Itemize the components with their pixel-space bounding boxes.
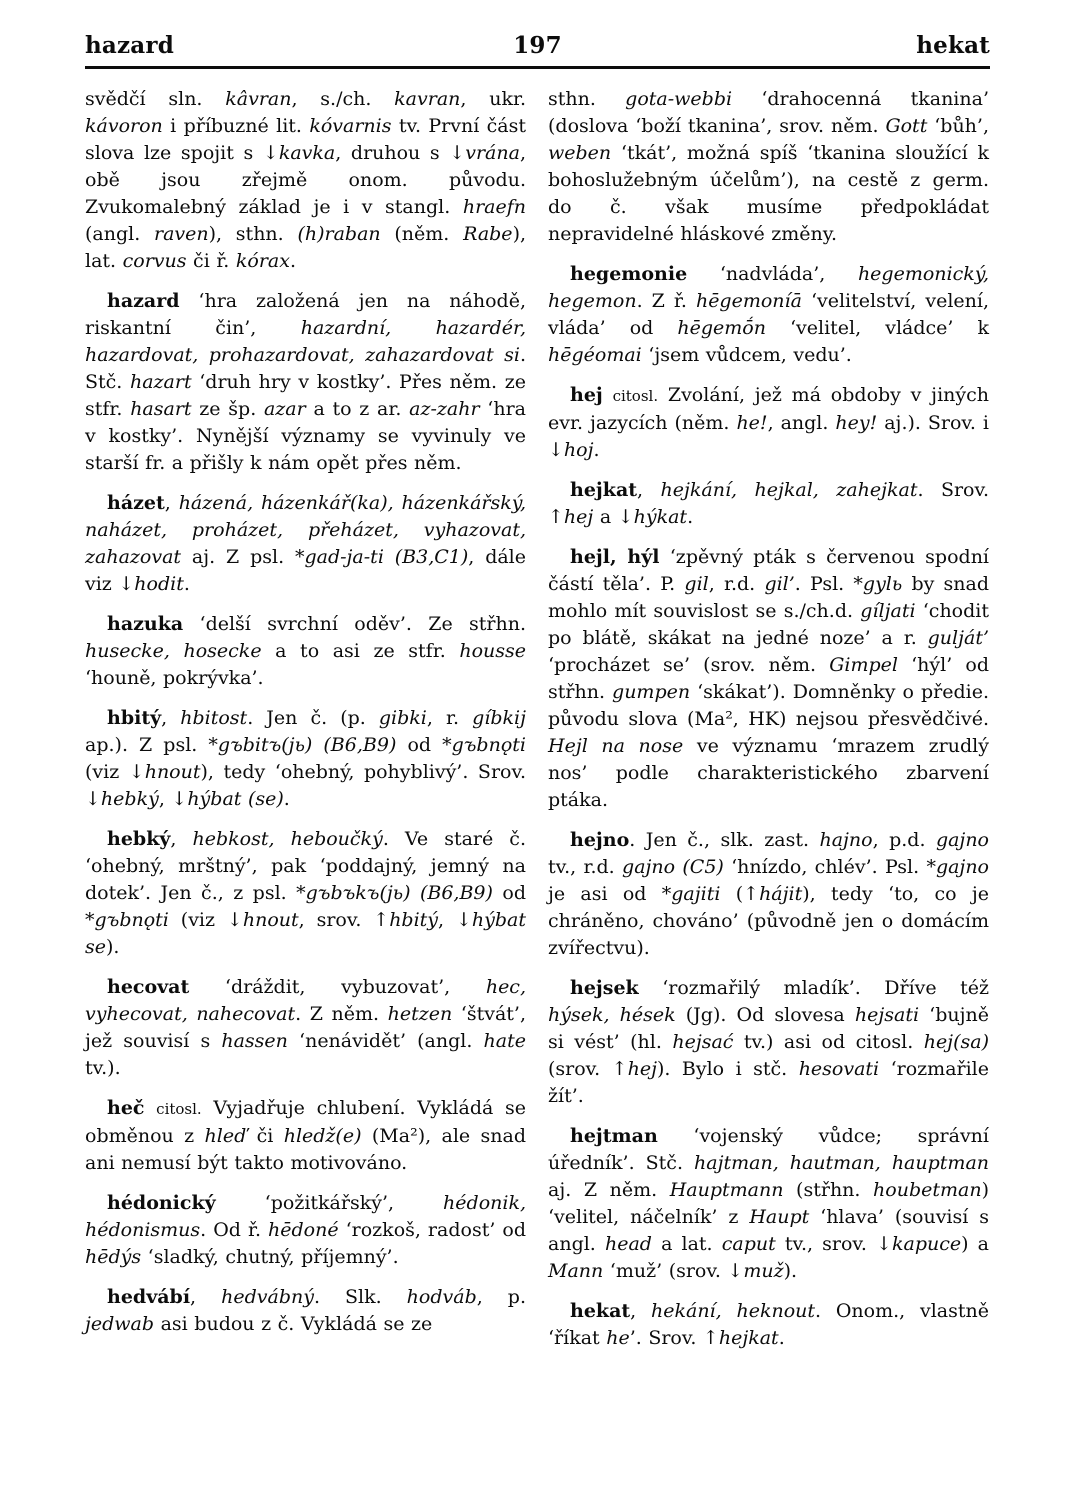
header-rule (85, 66, 990, 69)
text-run: tv.) asi od citosl. (733, 1031, 923, 1053)
italic-term: gil’ (764, 573, 794, 595)
text-run: tv., r.d. (548, 856, 622, 878)
headword: házet (107, 492, 165, 514)
text-run: . (284, 788, 290, 810)
italic-term: he (606, 1327, 629, 1349)
text-run: (angl. (85, 223, 154, 245)
italic-term: Gimpel (829, 654, 898, 676)
italic-term: Hauptmann (670, 1179, 784, 1201)
headword: hbitý (107, 707, 161, 729)
dictionary-entry: hedvábí, hedvábný. Slk. hodváb, p. jedwa… (85, 1284, 526, 1338)
italic-term: hajno (819, 829, 872, 851)
italic-term: hēgemoníā (696, 290, 802, 312)
text-run: ‘houně, pokrývka’. (85, 667, 264, 689)
italic-term: gil (684, 573, 708, 595)
text-run: , r. (427, 707, 472, 729)
text-run: ‘jsem vůdcem, vedu’. (642, 344, 852, 366)
italic-term: hedvábný (221, 1286, 314, 1308)
italic-term: kapuce (892, 1233, 961, 1255)
page-number: 197 (387, 32, 689, 59)
text-run: a to z ar. (306, 398, 409, 420)
text-run: sthn. (548, 88, 625, 110)
text-run: . Psl. (795, 573, 854, 595)
dictionary-entry: hazard ‘hra založená jen na náhodě, risk… (85, 288, 526, 477)
text-run: (viz ↓ (169, 909, 243, 931)
headword: hegemonie (570, 263, 687, 285)
continuation-paragraph: svědčí sln. kâvran, s./ch. kavran, ukr. … (85, 86, 526, 275)
text-run: ‘tkát’, možná spíš ‘tkanina sloužící k b… (548, 142, 989, 245)
italic-term: hejsati (855, 1004, 919, 1026)
italic-term: kóvarnis (309, 115, 391, 137)
text-run: ‘nadvláda’, (687, 263, 858, 285)
italic-term: kórax (236, 250, 290, 272)
dictionary-entry: hejl, hýl ‘zpěvný pták s červenou spodní… (548, 544, 989, 814)
text-run: (↑ (720, 883, 759, 905)
italic-term: hekání, heknout (651, 1300, 815, 1322)
text-run: ‘hnízdo, chlév’. Psl. (724, 856, 927, 878)
text-run: , (630, 1300, 651, 1322)
text-run: , p.d. (873, 829, 936, 851)
italic-term: he! (736, 412, 767, 434)
italic-term: az-zahr (409, 398, 479, 420)
text-run: ‘procházet se’ (srov. něm. (548, 654, 829, 676)
italic-term: houbetman (873, 1179, 982, 1201)
italic-term: housse (459, 640, 526, 662)
text-run: , (190, 1286, 221, 1308)
italic-term: hetzen (388, 1003, 453, 1025)
headword: heč (107, 1097, 144, 1119)
running-head-right-keyword: hekat (688, 32, 990, 59)
text-run: . (779, 1327, 785, 1349)
text-columns: svědčí sln. kâvran, s./ch. kavran, ukr. … (85, 86, 990, 1352)
text-run: ‘rozmařilý mladík’. Dříve též (639, 977, 989, 999)
italic-term: caput (722, 1233, 776, 1255)
text-run: a ↓ (593, 506, 633, 528)
text-run: od (493, 882, 526, 904)
text-run: či ř. (187, 250, 236, 272)
text-run: od (396, 734, 442, 756)
italic-term: husecke, hosecke (85, 640, 262, 662)
abbrev-label: citosl. (613, 387, 659, 405)
text-run: (viz ↓ (85, 761, 145, 783)
italic-term: hraefn (463, 196, 526, 218)
text-run: ). Bylo i stč. (657, 1058, 799, 1080)
text-run: (Jg). Od slovesa (676, 1004, 855, 1026)
italic-term: hebkost, heboučký (193, 828, 383, 850)
text-run: ‘bůh’, (927, 115, 989, 137)
italic-term: gajno (936, 829, 989, 851)
dictionary-entry: hédonický ‘požitkářský’, hédonik, hédoni… (85, 1190, 526, 1271)
text-run: ‘muž’ (srov. ↓ (603, 1260, 743, 1282)
text-run: ), sthn. (209, 223, 298, 245)
text-run: ‘nenávidět’ (angl. (288, 1030, 484, 1052)
italic-term: corvus (123, 250, 187, 272)
italic-term: *gъbnǫti (85, 909, 169, 931)
dictionary-entry: hazuka ‘delší svrchní oděv’. Ze střhn. h… (85, 611, 526, 692)
text-run: , s./ch. (291, 88, 394, 110)
italic-term: *gad-ja-ti (B3,C1) (295, 546, 468, 568)
text-run (144, 1097, 156, 1119)
italic-term: hodit (134, 573, 184, 595)
headword: hédonický (107, 1192, 216, 1214)
italic-term: gajno (C5) (622, 856, 724, 878)
left-column: svědčí sln. kâvran, s./ch. kavran, ukr. … (85, 86, 526, 1352)
headword: hebký (107, 828, 170, 850)
italic-term: hey! (835, 412, 877, 434)
italic-term: azar (264, 398, 306, 420)
italic-term: hēgemṓn (677, 317, 766, 339)
italic-term: *gъbnǫti (442, 734, 526, 756)
italic-term: *gajno (926, 856, 989, 878)
italic-term: gumpen (612, 681, 690, 703)
italic-term: muž (743, 1260, 783, 1282)
text-run: ) a (961, 1233, 989, 1255)
italic-term: head (605, 1233, 652, 1255)
italic-term: *gylь (853, 573, 902, 595)
italic-term: hájit (759, 883, 802, 905)
text-run: je asi od (548, 883, 662, 905)
text-run: asi budou z č. Vykládá se ze (154, 1313, 432, 1335)
italic-term: hassen (221, 1030, 288, 1052)
text-run: (srov. ↑ (548, 1058, 628, 1080)
italic-term: kâvran (225, 88, 291, 110)
text-run: svědčí sln. (85, 88, 225, 110)
italic-term: hajtman, hautman, hauptman (694, 1152, 989, 1174)
italic-term: (h)raban (297, 223, 380, 245)
text-run: aj. Z psl. (181, 546, 295, 568)
italic-term: hesovati (799, 1058, 879, 1080)
italic-term: hej (628, 1058, 657, 1080)
italic-term: jedwab (85, 1313, 154, 1335)
italic-term: hbitý (389, 909, 438, 931)
italic-term: hate (484, 1030, 526, 1052)
headword: hazuka (107, 613, 183, 635)
text-run: tv.). (85, 1057, 121, 1079)
italic-term: hejkání, hejkal, zahejkat (661, 479, 918, 501)
text-run: ‘velitel, vládce’ k (766, 317, 989, 339)
text-run: ). (784, 1260, 797, 1282)
text-run: , ukr. (460, 88, 526, 110)
italic-term: hbitost (180, 707, 247, 729)
headword: hejsek (570, 977, 639, 999)
text-run: , (637, 479, 660, 501)
text-run (603, 384, 613, 406)
italic-term: hej(sa) (924, 1031, 989, 1053)
italic-term: vrána (465, 142, 520, 164)
text-run: , (170, 828, 192, 850)
text-run: . Z ř. (637, 290, 696, 312)
italic-term: hejkat (719, 1327, 779, 1349)
dictionary-entry: hbitý, hbitost. Jen č. (p. gibki, r. gíb… (85, 705, 526, 813)
italic-term: Hejl na nose (548, 735, 683, 757)
text-run: ). (106, 936, 119, 958)
text-run: . (594, 439, 600, 461)
italic-term: gibki (379, 707, 427, 729)
text-run: . Z něm. (295, 1003, 387, 1025)
dictionary-entry: hejkat, hejkání, hejkal, zahejkat. Srov.… (548, 477, 989, 531)
headword: hejkat (570, 479, 637, 501)
italic-term: gota-webbi (625, 88, 732, 110)
dictionary-entry: hej citosl. Zvolání, jež má obdoby v jin… (548, 382, 989, 464)
text-run: , r.d. (709, 573, 765, 595)
dictionary-page: hazard 197 hekat svědčí sln. kâvran, s./… (0, 0, 1069, 1500)
right-column: sthn. gota-webbi ‘drahocenná tkanina’ (d… (548, 86, 989, 1352)
text-run: , srov. ↑ (299, 909, 390, 931)
dictionary-entry: hegemonie ‘nadvláda’, hegemonický, hegem… (548, 261, 989, 369)
italic-term: kavka (279, 142, 335, 164)
text-run: a lat. (652, 1233, 722, 1255)
italic-term: hasart (130, 398, 191, 420)
text-run: ’. Srov. ↑ (630, 1327, 719, 1349)
italic-term: Rabe (463, 223, 512, 245)
text-run: . (687, 506, 693, 528)
text-run: ‘požitkářský’, (216, 1192, 443, 1214)
text-run: ‘sladký, chutný, příjemný’. (141, 1246, 399, 1268)
italic-term: hēdoné (268, 1219, 339, 1241)
text-run: , ↓ (159, 788, 188, 810)
dictionary-entry: hekat, hekání, heknout. Onom., vlastně ‘… (548, 1298, 989, 1352)
italic-term: hledž(e) (284, 1125, 362, 1147)
italic-term: hēdýs (85, 1246, 141, 1268)
italic-term: *gajiti (662, 883, 721, 905)
italic-term: kavran (394, 88, 460, 110)
headword: hejno (570, 829, 629, 851)
italic-term: *gъbъkъ(jь) (B6,B9) (296, 882, 493, 904)
text-run: ‘rozkoš, radost’ od (339, 1219, 526, 1241)
text-run: , p. (477, 1286, 526, 1308)
dictionary-entry: hejtman ‘vojenský vůdce; správní úředník… (548, 1123, 989, 1285)
dictionary-entry: házet, házená, házenkář(ka), házenkářský… (85, 490, 526, 598)
headword: hejtman (570, 1125, 658, 1147)
italic-term: hýbat (se) (187, 788, 283, 810)
text-run: (něm. (381, 223, 463, 245)
text-run: . Od ř. (200, 1219, 268, 1241)
text-run: (střhn. (783, 1179, 873, 1201)
text-run: , angl. (768, 412, 836, 434)
text-run: ‘dráždit, vybuzovat’, (189, 976, 486, 998)
text-run: i příbuzné lit. (163, 115, 310, 137)
dictionary-entry: hebký, hebkost, heboučký. Ve staré č. ‘o… (85, 826, 526, 961)
italic-term: hebký (101, 788, 159, 810)
text-run: , (165, 492, 179, 514)
headword: hecovat (107, 976, 189, 998)
italic-term: gulját’ (928, 627, 989, 649)
italic-term: hodváb (407, 1286, 477, 1308)
italic-term: hēgéomai (548, 344, 642, 366)
text-run: , druhou s ↓ (335, 142, 465, 164)
italic-term: raven (154, 223, 209, 245)
text-run: či (246, 1125, 283, 1147)
running-head: hazard 197 hekat (85, 32, 990, 59)
italic-term: hoj (564, 439, 594, 461)
italic-term: hýsek, hések (548, 1004, 676, 1026)
italic-term: hej (564, 506, 593, 528)
italic-term: gíljati (860, 600, 915, 622)
italic-term: Gott (885, 115, 927, 137)
continuation-paragraph: sthn. gota-webbi ‘drahocenná tkanina’ (d… (548, 86, 989, 248)
dictionary-entry: hejno. Jen č., slk. zast. hajno, p.d. ga… (548, 827, 989, 962)
text-run: . Jen č. (p. (247, 707, 379, 729)
italic-term: hejsać (672, 1031, 733, 1053)
text-run: , (161, 707, 180, 729)
italic-term: Haupt (749, 1206, 809, 1228)
italic-term: *gъbitъ(jь) (B6,B9) (208, 734, 396, 756)
text-run: . Slk. (314, 1286, 407, 1308)
text-run: a to asi ze stfr. (262, 640, 460, 662)
text-run: . (184, 573, 190, 595)
abbrev-label: citosl. (156, 1100, 202, 1118)
italic-term: hleď (205, 1125, 247, 1147)
italic-term: hazart (130, 371, 192, 393)
headword: hedvábí (107, 1286, 190, 1308)
text-run: tv., srov. ↓ (776, 1233, 892, 1255)
text-run: , ↓ (438, 909, 472, 931)
headword: hazard (107, 290, 180, 312)
headword: hejl, hýl (570, 546, 660, 568)
text-run: ‘delší svrchní oděv’. Ze střhn. (183, 613, 526, 635)
text-run: ze šp. (192, 398, 264, 420)
italic-term: hnout (145, 761, 201, 783)
text-run: ap.). Z psl. (85, 734, 208, 756)
italic-term: Mann (548, 1260, 603, 1282)
italic-term: hnout (243, 909, 299, 931)
headword: hekat (570, 1300, 630, 1322)
text-run: aj. Z něm. (548, 1179, 670, 1201)
italic-term: gíbkij (472, 707, 526, 729)
headword: hej (570, 384, 603, 406)
text-run: . Jen č., slk. zast. (629, 829, 819, 851)
italic-term: hýkat (634, 506, 687, 528)
dictionary-entry: hecovat ‘dráždit, vybuzovat’, hec, vyhec… (85, 974, 526, 1082)
italic-term: weben (548, 142, 611, 164)
dictionary-entry: hejsek ‘rozmařilý mladík’. Dříve též hýs… (548, 975, 989, 1110)
text-run: . (290, 250, 296, 272)
running-head-left-keyword: hazard (85, 32, 387, 59)
dictionary-entry: heč citosl. Vyjadřuje chlubení. Vykládá … (85, 1095, 526, 1177)
italic-term: kávoron (85, 115, 163, 137)
